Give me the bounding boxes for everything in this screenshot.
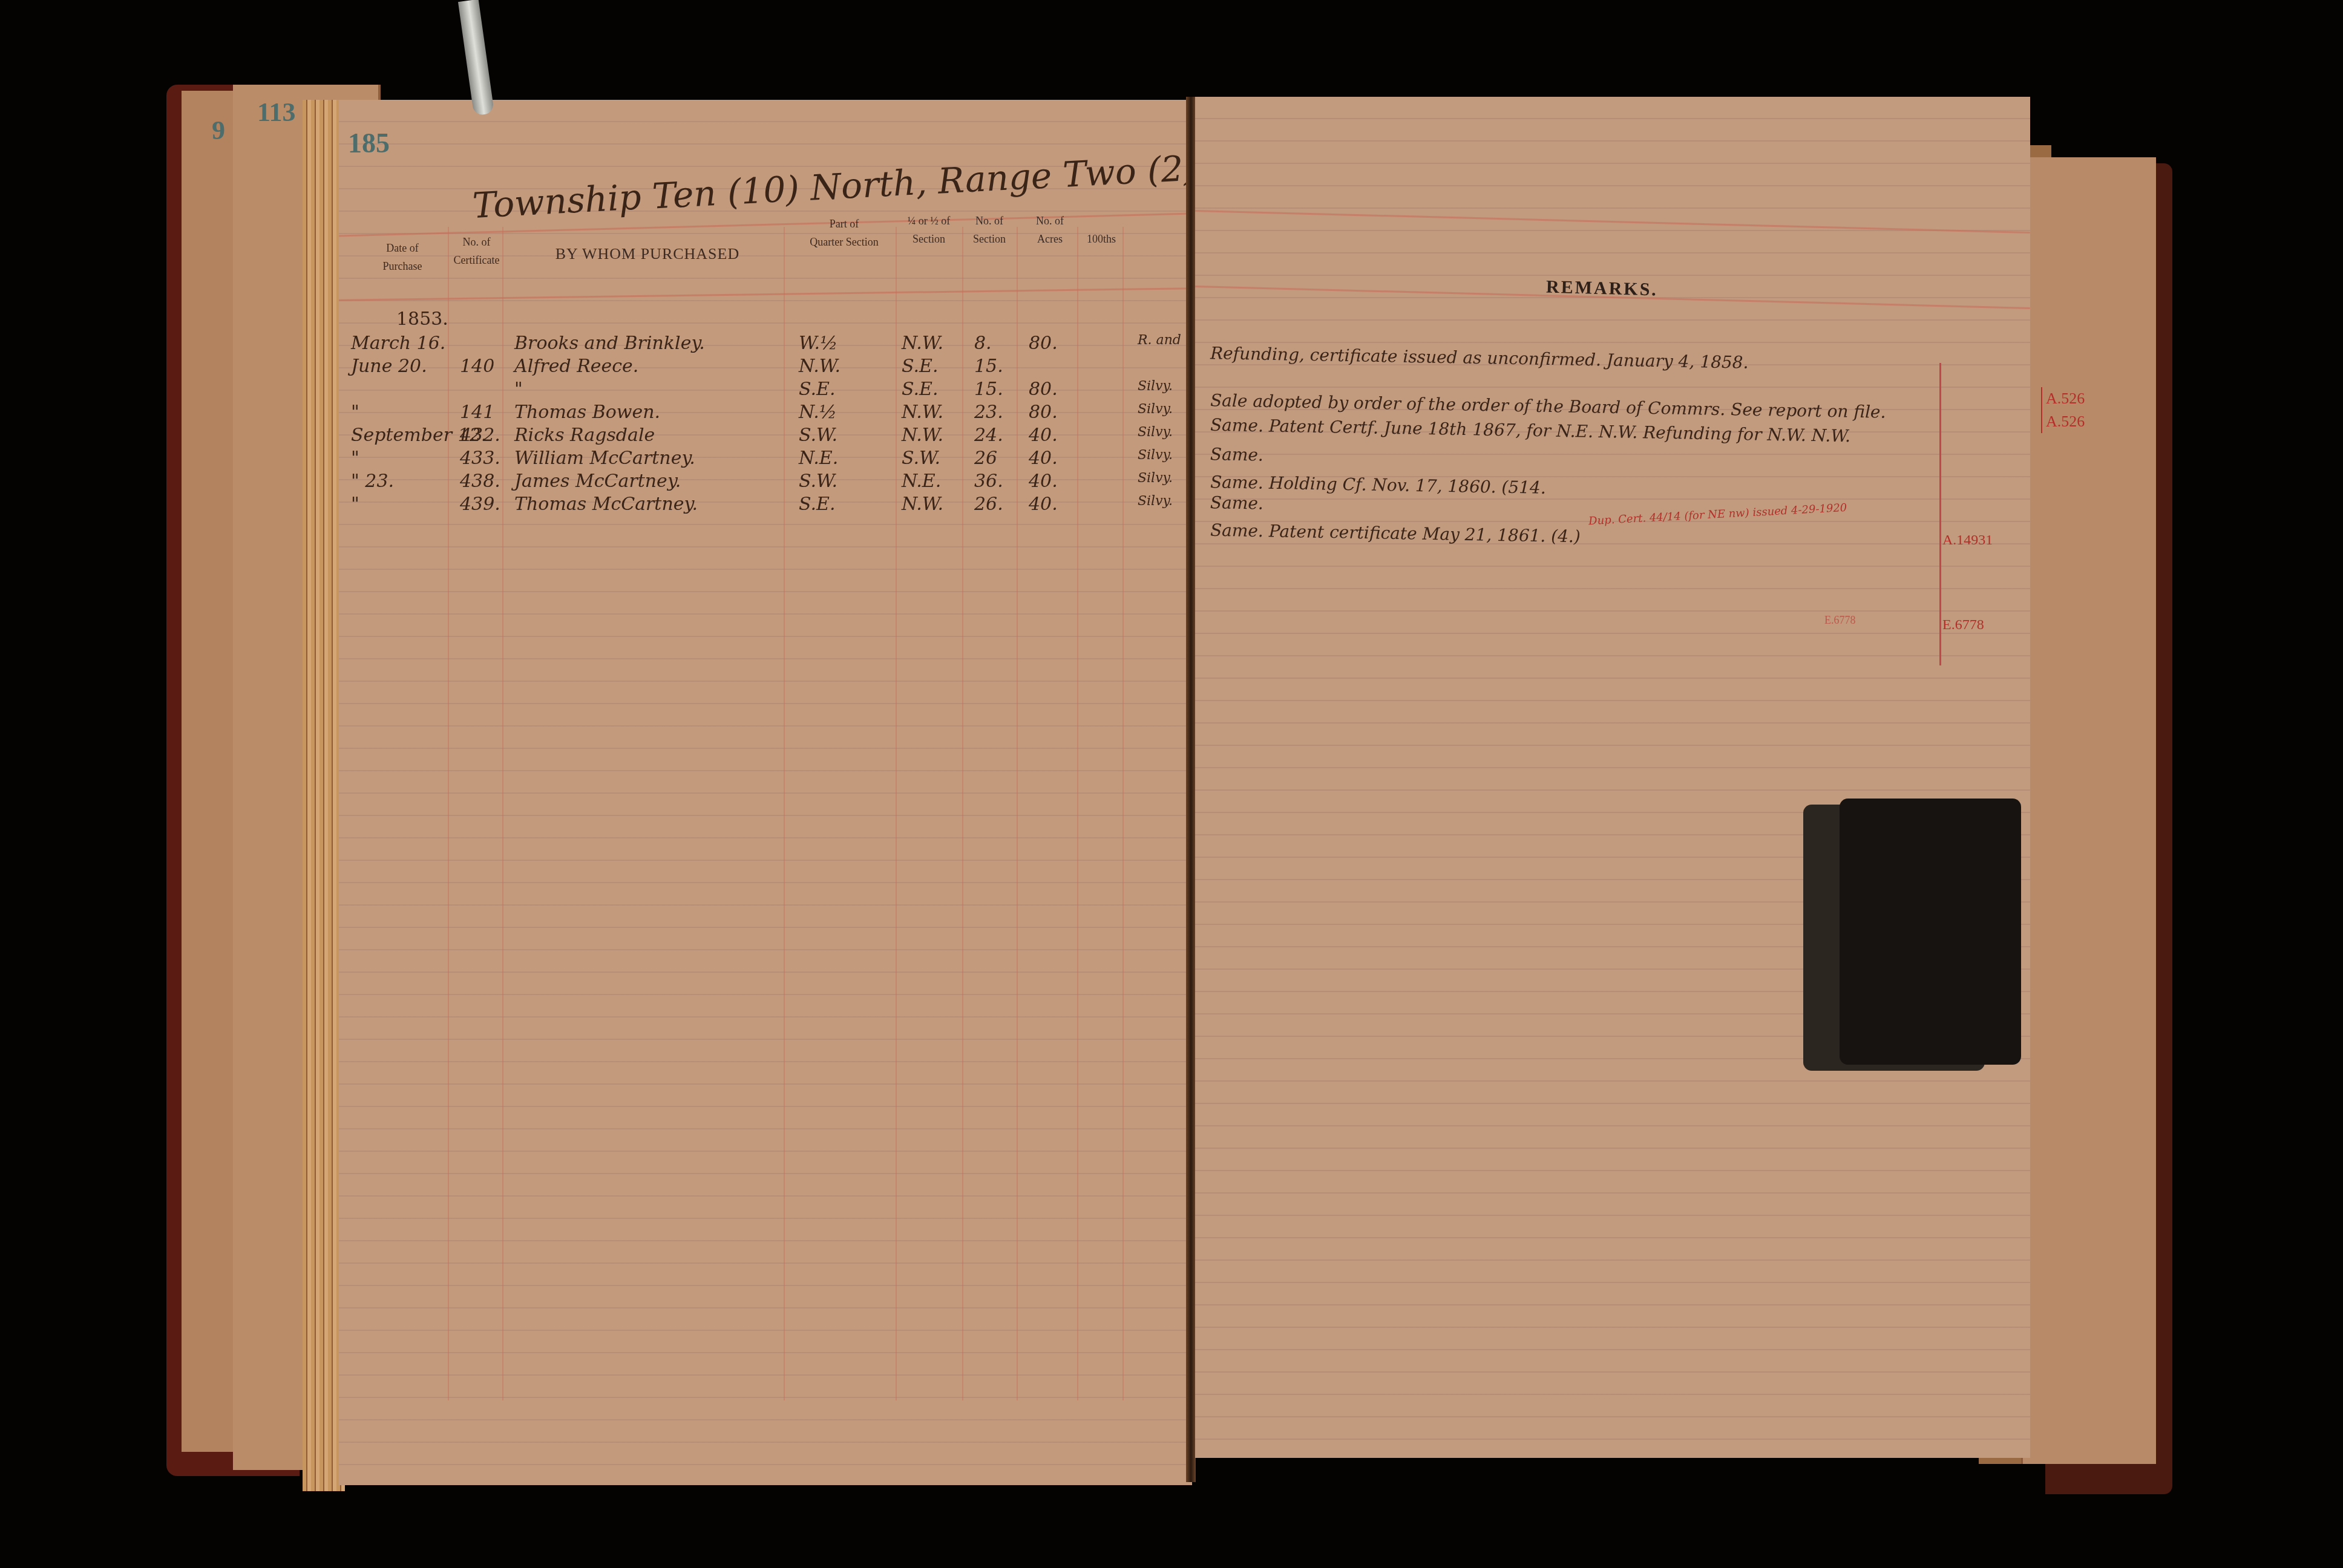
page-number: 185 xyxy=(348,127,390,159)
cell-part_quarter: N.E. xyxy=(799,448,838,469)
cell-cert: 140 xyxy=(460,356,494,377)
cell-cert: 438. xyxy=(460,471,500,492)
remarks-page: REMARKS. A.14931 E.6778 E.6778 Dup. Cert… xyxy=(1195,97,2030,1458)
cell-part_quarter: S.E. xyxy=(799,494,835,515)
cell-cert: 433. xyxy=(460,448,500,469)
cell-cert: 439. xyxy=(460,494,500,515)
cell-part_quarter: S.W. xyxy=(799,425,837,446)
cell-part_quarter: N.½ xyxy=(799,402,837,423)
cell-note: Silvy. xyxy=(1138,425,1173,440)
page-number: 9 xyxy=(212,115,225,146)
cell-acres: 80. xyxy=(1029,402,1058,423)
cell-acres: 40. xyxy=(1029,448,1058,469)
margin-reference: E.6778 xyxy=(1942,617,1984,633)
margin-reference: A.14931 xyxy=(1942,532,1993,549)
header-certificate: No. ofCertificate xyxy=(451,233,502,269)
cell-date: " xyxy=(351,448,359,469)
header-quarter: ¼ or ½ ofSection xyxy=(899,212,959,248)
page-clip xyxy=(458,0,494,116)
page-number: 113 xyxy=(257,97,296,128)
cell-purchaser: " xyxy=(514,379,523,400)
ledger-left-page: 185 Township Ten (10) North, Range Two (… xyxy=(339,100,1192,1485)
cell-part_quarter: N.W. xyxy=(799,356,841,377)
header-section: No. ofSection xyxy=(962,212,1017,248)
cell-note: Silvy. xyxy=(1138,379,1173,394)
remark-line: Same. xyxy=(1210,444,1263,465)
header-part-quarter: Part ofQuarter Section xyxy=(799,215,890,251)
cell-quarter: S.W. xyxy=(902,448,940,469)
cell-acres: 80. xyxy=(1029,379,1058,400)
remarks-heading: REMARKS. xyxy=(1546,277,1659,301)
cell-acres: 80. xyxy=(1029,333,1058,354)
cell-quarter: S.E. xyxy=(902,379,938,400)
cell-purchaser: William McCartney. xyxy=(514,448,695,469)
cell-section: 26 xyxy=(974,448,997,469)
cell-note: Silvy. xyxy=(1138,448,1173,463)
header-hundredths: 100ths xyxy=(1080,230,1122,248)
cell-purchaser: Thomas McCartney. xyxy=(514,494,698,515)
reference: A.526 xyxy=(2046,410,2085,433)
cell-section: 26. xyxy=(974,494,1003,515)
cell-acres: 40. xyxy=(1029,494,1058,515)
cell-quarter: N.W. xyxy=(902,425,943,446)
cell-part_quarter: W.½ xyxy=(799,333,837,354)
margin-rule xyxy=(1939,363,1941,665)
cell-note: Silvy. xyxy=(1138,471,1173,486)
cell-note: Silvy. xyxy=(1138,402,1173,417)
cell-section: 8. xyxy=(974,333,992,354)
cell-part_quarter: S.E. xyxy=(799,379,835,400)
cell-acres: 40. xyxy=(1029,471,1058,492)
remark-line: Same. xyxy=(1210,492,1263,514)
cell-purchaser: Alfred Reece. xyxy=(514,356,638,377)
cell-date: June 20. xyxy=(351,356,427,377)
year-label: 1853. xyxy=(396,309,448,330)
next-leaf: A.526 A.526 xyxy=(2021,157,2156,1464)
cell-date: March 16. xyxy=(351,333,445,354)
cell-quarter: N.W. xyxy=(902,333,943,354)
cell-cert: 432. xyxy=(460,425,500,446)
cell-purchaser: Thomas Bowen. xyxy=(514,402,660,423)
header-date: Date ofPurchase xyxy=(363,239,442,275)
faint-reference: E.6778 xyxy=(1824,614,1856,627)
cell-date: " xyxy=(351,494,359,515)
cell-purchaser: Brooks and Brinkley. xyxy=(514,333,705,354)
cell-purchaser: James McCartney. xyxy=(514,471,681,492)
cell-quarter: N.W. xyxy=(902,494,943,515)
header-acres: No. ofAcres xyxy=(1023,212,1077,248)
reference: A.526 xyxy=(2046,387,2085,410)
cell-date: " 23. xyxy=(351,471,394,492)
cell-cert: 141 xyxy=(460,402,494,423)
red-annotation: Dup. Cert. 44/14 (for NE nw) issued 4-29… xyxy=(1588,501,1847,528)
cell-part_quarter: S.W. xyxy=(799,471,837,492)
cell-date: " xyxy=(351,402,359,423)
rule xyxy=(339,287,1192,301)
cell-section: 24. xyxy=(974,425,1003,446)
cell-section: 36. xyxy=(974,471,1003,492)
cell-acres: 40. xyxy=(1029,425,1058,446)
cell-quarter: N.W. xyxy=(902,402,943,423)
cell-section: 15. xyxy=(974,356,1003,377)
paperweight xyxy=(1840,799,2021,1065)
cell-section: 23. xyxy=(974,402,1003,423)
cell-purchaser: Ricks Ragsdale xyxy=(514,425,655,446)
cell-quarter: S.E. xyxy=(902,356,938,377)
cell-quarter: N.E. xyxy=(902,471,941,492)
cell-section: 15. xyxy=(974,379,1003,400)
book-gutter xyxy=(1186,97,1196,1482)
cell-note: Silvy. xyxy=(1138,494,1173,509)
header-purchaser: BY WHOM PURCHASED xyxy=(520,245,775,263)
